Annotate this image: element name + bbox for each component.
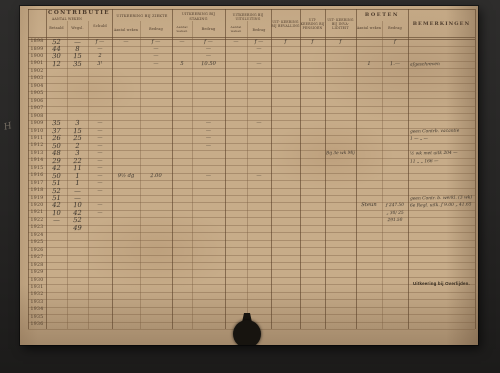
year-label: 1908 <box>28 115 46 120</box>
header-uitkeering-ziekte: UITKEERING BIJ ZIEKTE <box>112 11 172 22</box>
year-label: 1904 <box>28 85 46 90</box>
cell-1901-sw: 5 <box>172 61 192 69</box>
year-label: 1916 <box>28 174 46 179</box>
year-label: 1931 <box>28 286 46 291</box>
header-contributie: CONTRIBUTIE <box>46 10 112 16</box>
cell-1921-s: — <box>88 210 112 218</box>
cell-1901-s: 3¹ <box>88 61 112 69</box>
year-label: 1912 <box>28 144 46 149</box>
cell-1901-sb: 10.50 <box>192 60 225 68</box>
keyhole-punch-hole <box>233 320 261 345</box>
year-label: 1915 <box>28 167 46 172</box>
year-label: 1934 <box>28 308 46 313</box>
header-boeten-bedrag: Bedrag <box>382 21 408 35</box>
year-label: 1906 <box>28 100 46 105</box>
cell-1901-zb: — <box>140 61 172 69</box>
year-label: 1909 <box>28 122 46 127</box>
cell-1916-sb: — <box>192 172 225 180</box>
cell-1898-sw: — <box>172 38 192 46</box>
year-label: 1935 <box>28 316 46 321</box>
contribution-card: CONTRIBUTIE AANTAL WEKEN Betaald Wegsl. … <box>20 6 478 345</box>
year-label: 1900 <box>28 55 46 60</box>
year-label: 1925 <box>28 241 46 246</box>
cell-1901-bw: 1 <box>356 61 382 69</box>
year-label: 1903 <box>28 77 46 82</box>
cell-1923-w: 49 <box>67 225 88 233</box>
year-label: 1898 <box>28 40 46 45</box>
year-label: 1920 <box>28 204 46 209</box>
cell-1898-uw: — <box>225 38 247 46</box>
year-label: 1929 <box>28 271 46 276</box>
cell-1898-bev: f <box>271 38 300 46</box>
cell-1915-s: — <box>88 165 112 173</box>
year-label: 1926 <box>28 249 46 254</box>
grid-line <box>475 9 476 329</box>
photo-background: H CONTRIBUTIE AANTAL WEKEN Betaald Wegsl… <box>0 0 500 373</box>
header-ziekte-aantal: Aantal weken <box>112 23 140 36</box>
cell-1899-ub: — <box>247 46 271 54</box>
year-label: 1910 <box>28 130 46 135</box>
header-uitkeering-staking: UITKEERING BIJ STAKING <box>172 11 225 22</box>
cell-1916-ub: — <box>247 172 271 180</box>
cell-1914-bem: 11 „ „ 166 — <box>408 157 477 166</box>
year-label: 1914 <box>28 159 46 164</box>
cell-1922-b: — <box>46 217 67 225</box>
cell-1909-ub: — <box>247 120 271 128</box>
header-betaald: Betaald <box>46 21 67 35</box>
grid-line <box>112 9 113 329</box>
header-aantal-weken: AANTAL WEKEN <box>46 17 88 21</box>
header-boeten: BOETEN <box>356 12 408 18</box>
grid-line <box>300 9 301 329</box>
header-ziekte-bedrag: Bedrag <box>140 23 172 36</box>
year-label: 1913 <box>28 152 46 157</box>
cell-1918-s: — <box>88 187 112 195</box>
year-label: 1927 <box>28 256 46 261</box>
grid-line <box>271 9 272 329</box>
year-label: 1921 <box>28 211 46 216</box>
year-label: 1907 <box>28 107 46 112</box>
year-label: 1918 <box>28 189 46 194</box>
header-uitkeering-pensioen: UIT- KEERING BIJ PENSIOEN <box>300 11 325 37</box>
grid-line <box>172 9 173 329</box>
overlijden-stamp: Uitkeering bij Overlijden. <box>409 279 474 288</box>
cell-1898-inv: f <box>325 38 356 46</box>
grid-line <box>325 9 326 329</box>
year-label: 1928 <box>28 264 46 269</box>
cell-1901-w: 35 <box>67 61 88 69</box>
year-label: 1922 <box>28 219 46 224</box>
cell-1898-zw: — <box>112 38 140 46</box>
year-label: 1899 <box>28 48 46 53</box>
year-label: 1905 <box>28 92 46 97</box>
header-uitsluiting-aantal: Aantal weken <box>225 23 247 36</box>
header-wegsl: Wegsl. <box>67 21 88 35</box>
cell-1901-b: 12 <box>46 61 67 69</box>
header-schuld: Schuld <box>88 17 112 35</box>
year-label: 1919 <box>28 197 46 202</box>
header-bemerkingen: BEMERKINGEN <box>408 11 475 37</box>
cell-1901-bem: afgeschreven <box>408 60 477 69</box>
cell-1901-bb: 1.— <box>382 61 408 69</box>
grid-line <box>225 9 226 329</box>
year-label: 1923 <box>28 226 46 231</box>
header-uitkeering-invaliditeit: UIT- KEERING BIJ INVA- LIDITEIT <box>325 11 356 37</box>
cell-1920-bw: Steun <box>356 202 382 210</box>
header-staking-aantal: Aantal weken <box>172 23 192 36</box>
year-label: 1911 <box>28 137 46 142</box>
year-label: 1932 <box>28 293 46 298</box>
header-uitsluiting-bedrag: Bedrag <box>247 23 271 36</box>
cell-1912-sb: — <box>192 142 225 150</box>
header-staking-bedrag: Bedrag <box>192 23 225 36</box>
margin-mark: H <box>3 121 13 133</box>
cell-1901-ub: — <box>247 61 271 69</box>
cell-1922-bb: 291.50 <box>382 217 408 225</box>
header-boeten-aantal: Aantal weken <box>356 21 382 35</box>
year-label: 1917 <box>28 182 46 187</box>
cell-1913-inv: Bij 3e wk Mij <box>325 150 356 158</box>
year-label: 1930 <box>28 279 46 284</box>
header-uitkeering-uitsluiting: UITKEERING BIJ UITSLUITING <box>225 11 271 22</box>
header-uitkeering-bevalling: UIT- KEERING BIJ BEVALLING <box>271 11 300 37</box>
grid-line <box>356 9 357 329</box>
year-label: 1901 <box>28 62 46 67</box>
year-label: 1924 <box>28 234 46 239</box>
cell-1917-s: — <box>88 180 112 188</box>
cell-1913-s: — <box>88 150 112 158</box>
year-label: 1936 <box>28 323 46 328</box>
year-label: 1933 <box>28 301 46 306</box>
cell-1898-bb: f <box>382 38 408 46</box>
cell-1916-zw: 9½ dg <box>112 172 140 180</box>
cell-1916-zb: 2.00 <box>140 172 172 180</box>
year-label: 1902 <box>28 70 46 75</box>
cell-1898-pen: f <box>300 38 325 46</box>
